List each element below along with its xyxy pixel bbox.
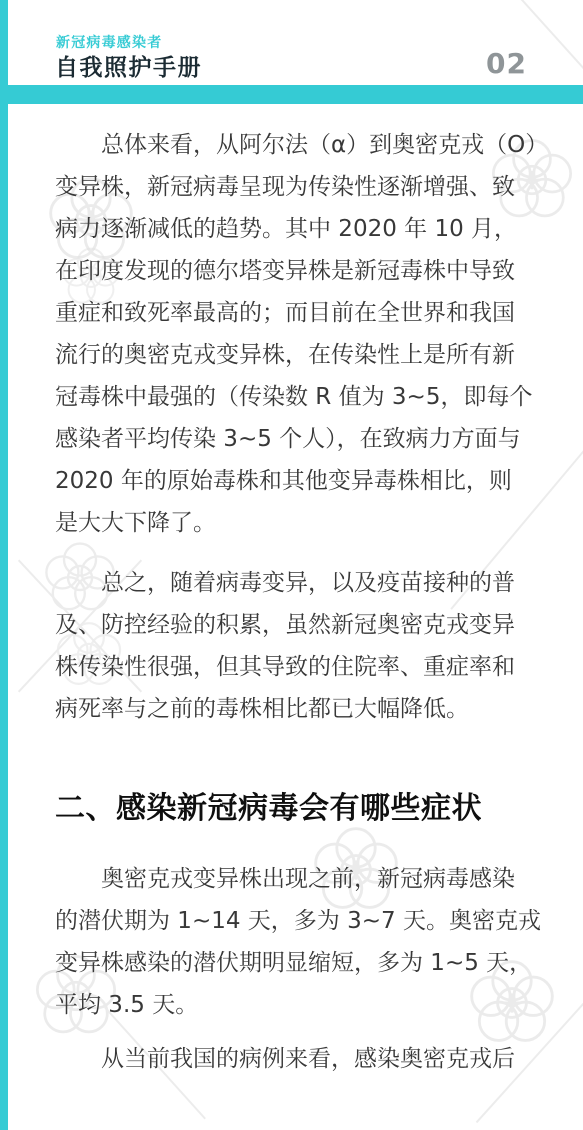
section-heading: 二、感染新冠病毒会有哪些症状 [55, 786, 565, 832]
text-line: 在印度发现的德尔塔变异株是新冠毒株中导致 [55, 250, 565, 292]
text-line: 病死率与之前的毒株相比都已大幅降低。 [55, 688, 565, 730]
text-line: 的潜伏期为 1~14 天，多为 3~7 天。奥密克戎 [55, 900, 565, 942]
booklet-title: 自我照护手册 [55, 49, 202, 82]
paragraph-2: 总之，随着病毒变异，以及疫苗接种的普及、防控经验的积累，虽然新冠奥密克戎变异株传… [55, 562, 565, 730]
text-line: 是大大下降了。 [55, 502, 565, 544]
text-line: 病力逐渐减低的趋势。其中 2020 年 10 月， [55, 208, 565, 250]
text-line: 变异株感染的潜伏期明显缩短，多为 1~5 天， [55, 942, 565, 984]
left-accent-bar [0, 0, 8, 1130]
text-line: 变异株，新冠病毒呈现为传染性逐渐增强、致 [55, 166, 565, 208]
page-body: 总体来看，从阿尔法（α）到奥密克戎（O）变异株，新冠病毒呈现为传染性逐渐增强、致… [55, 124, 565, 1080]
text-line: 平均 3.5 天。 [55, 984, 565, 1026]
text-line: 总体来看，从阿尔法（α）到奥密克戎（O） [55, 124, 565, 166]
paragraph-4: 从当前我国的病例来看，感染奥密克戎后 [55, 1038, 565, 1080]
paragraph-1: 总体来看，从阿尔法（α）到奥密克戎（O）变异株，新冠病毒呈现为传染性逐渐增强、致… [55, 124, 565, 544]
text-line: 2020 年的原始毒株和其他变异毒株相比，则 [55, 460, 565, 502]
text-line: 流行的奥密克戎变异株，在传染性上是所有新 [55, 334, 565, 376]
text-line: 从当前我国的病例来看，感染奥密克戎后 [55, 1038, 565, 1080]
text-line: 及、防控经验的积累，虽然新冠奥密克戎变异 [55, 604, 565, 646]
page-number: 02 [486, 47, 527, 80]
text-line: 株传染性很强，但其导致的住院率、重症率和 [55, 646, 565, 688]
text-line: 奥密克戎变异株出现之前，新冠病毒感染 [55, 858, 565, 900]
header-divider-band [0, 85, 583, 104]
manual-page: 新冠病毒感染者 自我照护手册 02 总体来看，从阿尔法（α）到奥密克戎（O）变异… [0, 0, 583, 1130]
text-line: 总之，随着病毒变异，以及疫苗接种的普 [55, 562, 565, 604]
text-line: 冠毒株中最强的（传染数 R 值为 3~5，即每个 [55, 376, 565, 418]
paragraph-3: 奥密克戎变异株出现之前，新冠病毒感染的潜伏期为 1~14 天，多为 3~7 天。… [55, 858, 565, 1026]
text-line: 重症和致死率最高的；而目前在全世界和我国 [55, 292, 565, 334]
text-line: 感染者平均传染 3~5 个人），在致病力方面与 [55, 418, 565, 460]
